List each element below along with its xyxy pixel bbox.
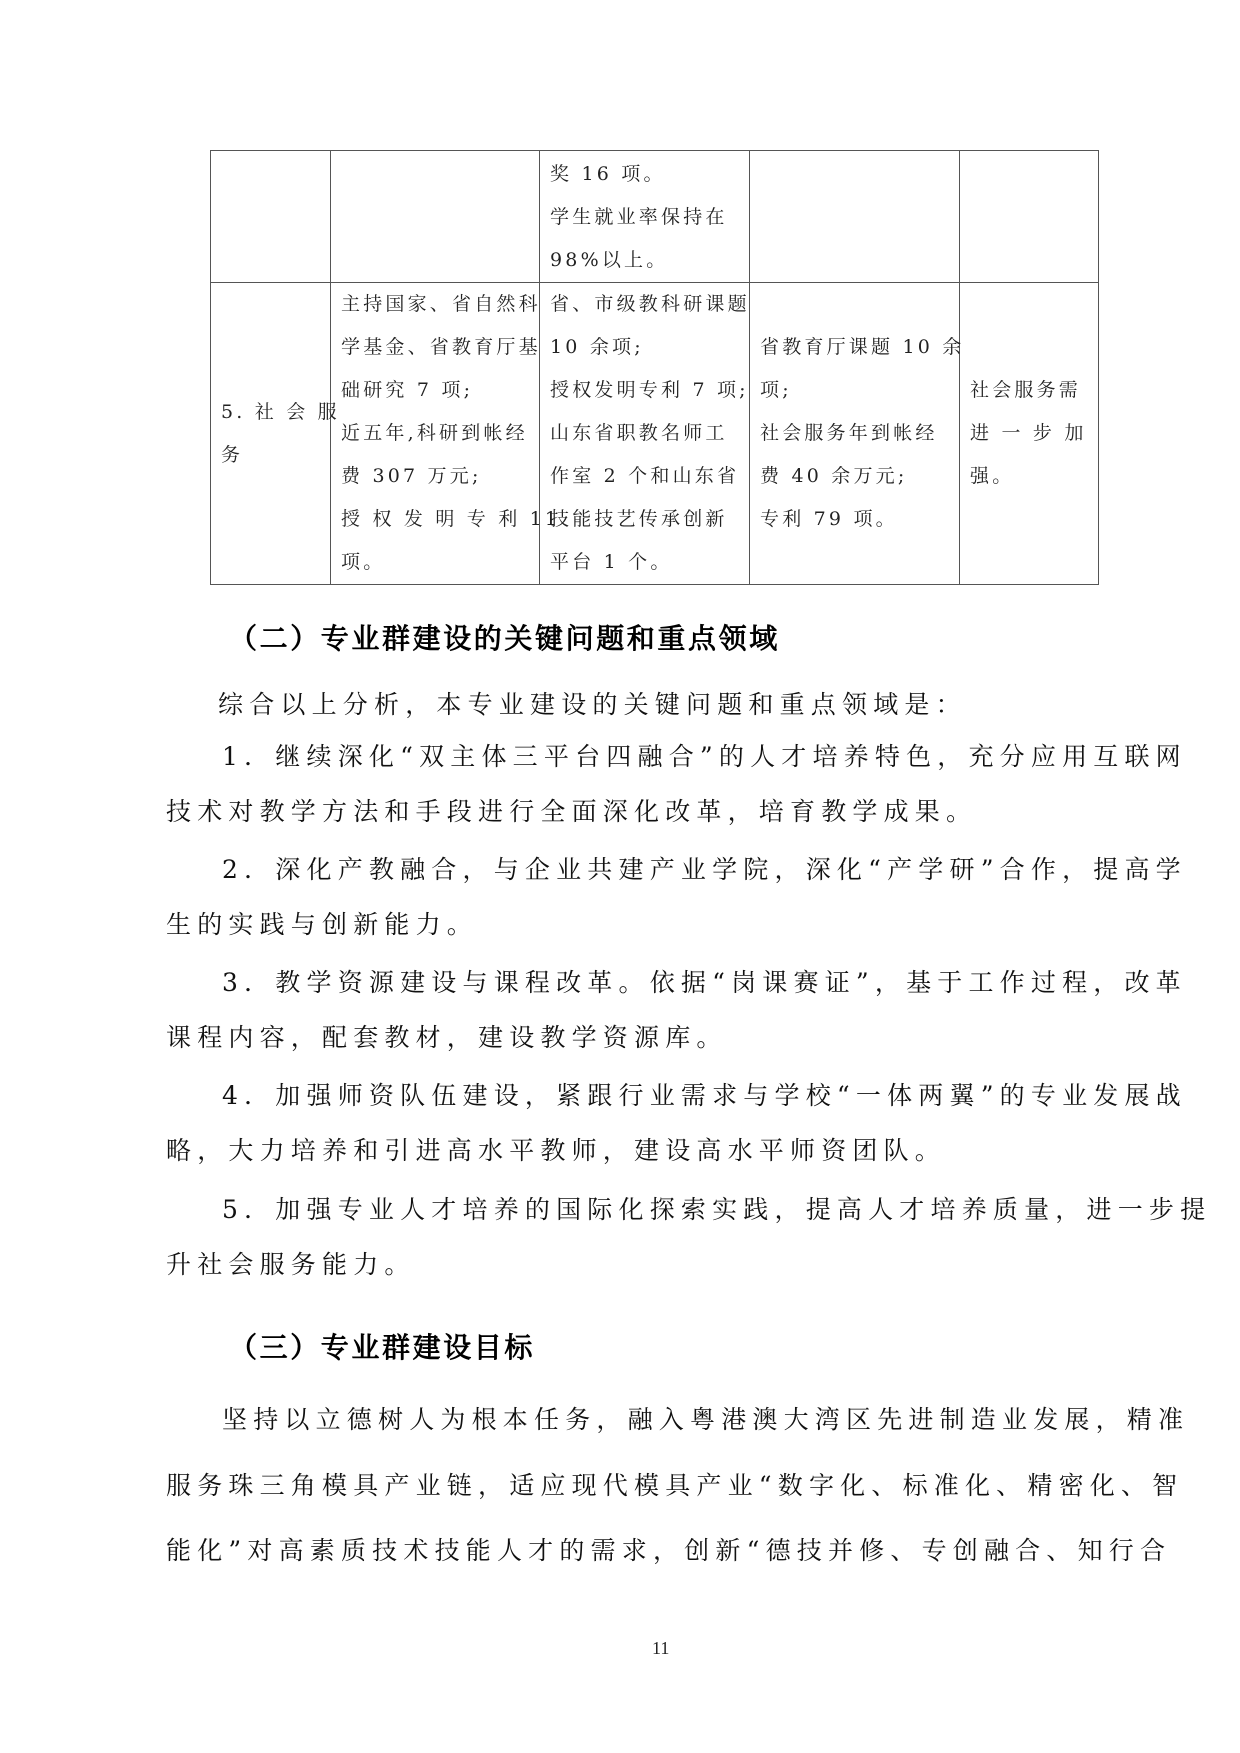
table-cell-col5 [960, 151, 1099, 283]
cell-text-line: 省、市级教科研课题 [550, 283, 739, 326]
cell-text-line: 近五年,科研到帐经 [341, 412, 529, 455]
goals-paragraph: 坚持以立德树人为根本任务，融入粤港澳大湾区先进制造业发展，精准 服务珠三角模具产… [166, 1405, 1106, 1435]
section-heading-goals: （三）专业群建设目标 [229, 1326, 535, 1366]
paragraph-line: 生的实践与创新能力。 [166, 910, 478, 940]
cell-text-line: 平台 1 个。 [550, 541, 739, 584]
cell-text-line: 社会服务需 [970, 369, 1088, 412]
cell-text-line: 奖 16 项。 [550, 153, 739, 196]
table-cell-col4 [750, 151, 960, 283]
paragraph-line: 2．深化产教融合，与企业共建产业学院，深化“产学研”合作，提高学 [166, 855, 1106, 885]
summary-table: 奖 16 项。 学生就业率保持在 98%以上。 5. 社 会 服 务 主持国家、… [210, 150, 1099, 585]
cell-text-line: 学生就业率保持在 [550, 196, 739, 239]
table-cell-col2: 主持国家、省自然科 学基金、省教育厅基 础研究 7 项; 近五年,科研到帐经 费… [331, 283, 540, 585]
paragraph-line: 课程内容，配套教材，建设教学资源库。 [166, 1023, 728, 1053]
paragraph-line: 升社会服务能力。 [166, 1250, 416, 1280]
intro-paragraph: 综合以上分析，本专业建设的关键问题和重点领域是： [166, 685, 1106, 721]
key-issue-item-1: 1．继续深化“双主体三平台四融合”的人才培养特色，充分应用互联网 技术对教学方法… [166, 742, 1106, 799]
table-cell-col5: 社会服务需 进 一 步 加 强。 [960, 283, 1099, 585]
cell-text-line: 进 一 步 加 [970, 412, 1088, 455]
key-issue-item-3: 3．教学资源建设与课程改革。依据“岗课赛证”，基于工作过程，改革 课程内容，配套… [166, 968, 1106, 998]
table-cell-col2 [331, 151, 540, 283]
table-cell-col3: 省、市级教科研课题 10 余项; 授权发明专利 7 项; 山东省职教名师工 作室… [540, 283, 750, 585]
table-cell-col3: 奖 16 项。 学生就业率保持在 98%以上。 [540, 151, 750, 283]
cell-text-line: 技能技艺传承创新 [550, 498, 739, 541]
key-issue-item-5: 5．加强专业人才培养的国际化探索实践，提高人才培养质量，进一步提 升社会服务能力… [166, 1195, 1106, 1225]
paragraph-line: 技术对教学方法和手段进行全面深化改革，培育教学成果。 [166, 797, 977, 827]
paragraph-line: 3．教学资源建设与课程改革。依据“岗课赛证”，基于工作过程，改革 [166, 968, 1106, 998]
cell-text-line: 项。 [341, 541, 529, 584]
table-cell-col4: 省教育厅课题 10 余 项; 社会服务年到帐经 费 40 余万元; 专利 79 … [750, 283, 960, 585]
table-row: 奖 16 项。 学生就业率保持在 98%以上。 [211, 151, 1099, 283]
paragraph-line: 5．加强专业人才培养的国际化探索实践，提高人才培养质量，进一步提 [166, 1195, 1106, 1225]
paragraph-line: 坚持以立德树人为根本任务，融入粤港澳大湾区先进制造业发展，精准 [166, 1405, 1106, 1435]
cell-text-line: 强。 [970, 455, 1088, 498]
key-issue-item-4: 4．加强师资队伍建设，紧跟行业需求与学校“一体两翼”的专业发展战 略，大力培养和… [166, 1081, 1106, 1111]
paragraph-line: 能化”对高素质技术技能人才的需求，创新“德技并修、专创融合、知行合 [166, 1536, 1171, 1566]
page-number: 11 [652, 1638, 669, 1659]
paragraph-line: 综合以上分析，本专业建设的关键问题和重点领域是： [166, 685, 1106, 721]
document-page: 奖 16 项。 学生就业率保持在 98%以上。 5. 社 会 服 务 主持国家、… [0, 0, 1240, 1753]
cell-text-line: 项; [760, 369, 949, 412]
section-heading-key-issues: （二）专业群建设的关键问题和重点领域 [229, 617, 780, 657]
cell-text-line: 社会服务年到帐经 [760, 412, 949, 455]
cell-text-line: 省教育厅课题 10 余 [760, 326, 949, 369]
cell-text-line: 作室 2 个和山东省 [550, 455, 739, 498]
paragraph-line: 4．加强师资队伍建设，紧跟行业需求与学校“一体两翼”的专业发展战 [166, 1081, 1106, 1111]
cell-text-line: 山东省职教名师工 [550, 412, 739, 455]
paragraph-line: 1．继续深化“双主体三平台四融合”的人才培养特色，充分应用互联网 [166, 742, 1106, 799]
cell-text-line: 10 余项; [550, 326, 739, 369]
cell-text-line: 学基金、省教育厅基 [341, 326, 529, 369]
table-row: 5. 社 会 服 务 主持国家、省自然科 学基金、省教育厅基 础研究 7 项; … [211, 283, 1099, 585]
cell-text-line: 专利 79 项。 [760, 498, 949, 541]
cell-text-line: 费 307 万元; [341, 455, 529, 498]
table-cell-category: 5. 社 会 服 务 [211, 283, 331, 585]
paragraph-line: 略，大力培养和引进高水平教师，建设高水平师资团队。 [166, 1136, 946, 1166]
cell-text-line: 授 权 发 明 专 利 11 [341, 498, 529, 541]
table-cell-category [211, 151, 331, 283]
paragraph-line: 服务珠三角模具产业链，适应现代模具产业“数字化、标准化、精密化、智 [166, 1471, 1183, 1501]
cell-text-line: 务 [221, 434, 320, 477]
cell-text-line: 授权发明专利 7 项; [550, 369, 739, 412]
cell-text-line: 主持国家、省自然科 [341, 283, 529, 326]
cell-text-line: 98%以上。 [550, 239, 739, 282]
key-issue-item-2: 2．深化产教融合，与企业共建产业学院，深化“产学研”合作，提高学 生的实践与创新… [166, 855, 1106, 885]
cell-text-line: 5. 社 会 服 [221, 391, 320, 434]
cell-text-line: 础研究 7 项; [341, 369, 529, 412]
cell-text-line: 费 40 余万元; [760, 455, 949, 498]
